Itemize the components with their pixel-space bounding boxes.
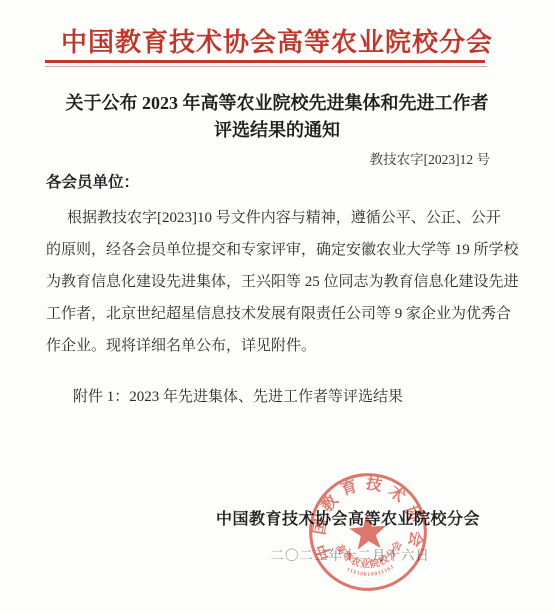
- document-title-line2: 评选结果的通知: [0, 117, 554, 144]
- attachment-line: 附件 1：2023 年先进集体、先进工作者等评选结果: [46, 385, 512, 406]
- document-page: 中国教育技术协会高等农业院校分会 关于公布 2023 年高等农业院校先进集体和先…: [0, 0, 554, 614]
- body-line: 根据教技农字[2023]10 号文件内容与精神，遵循公平、公正、公开: [46, 202, 512, 234]
- svg-text:高等农业院校分会: 高等农业院校分会: [333, 537, 407, 573]
- letterhead-rule-thin: [45, 66, 487, 67]
- body-paragraph: 根据教技农字[2023]10 号文件内容与精神，遵循公平、公正、公开 的原则，经…: [46, 202, 512, 362]
- letterhead-rule-thick: [45, 60, 485, 63]
- document-title: 关于公布 2023 年高等农业院校先进集体和先进工作者 评选结果的通知: [0, 90, 554, 144]
- salutation: 各会员单位：: [46, 170, 139, 192]
- body-line: 作企业。现将详细名单公布，详见附件。: [46, 330, 512, 362]
- body-line: 的原则，经各会员单位提交和专家评审，确定安徽农业大学等 19 所学校: [46, 234, 512, 266]
- body-line: 工作者，北京世纪超星信息技术发展有限责任公司等 9 家企业为优秀合: [46, 298, 512, 330]
- letterhead-org-name: 中国教育技术协会高等农业院校分会: [0, 22, 554, 59]
- official-seal: 中国教育技术协会 高等农业院校分会 11010810031163: [303, 467, 433, 597]
- document-number: 教技农字[2023]12 号: [370, 148, 490, 168]
- body-line: 为教育信息化建设先进集体，王兴阳等 25 位同志为教育信息化建设先进: [46, 266, 512, 298]
- document-title-line1: 关于公布 2023 年高等农业院校先进集体和先进工作者: [0, 90, 554, 117]
- seal-bottom-text: 高等农业院校分会: [333, 537, 407, 573]
- star-icon: [348, 512, 387, 550]
